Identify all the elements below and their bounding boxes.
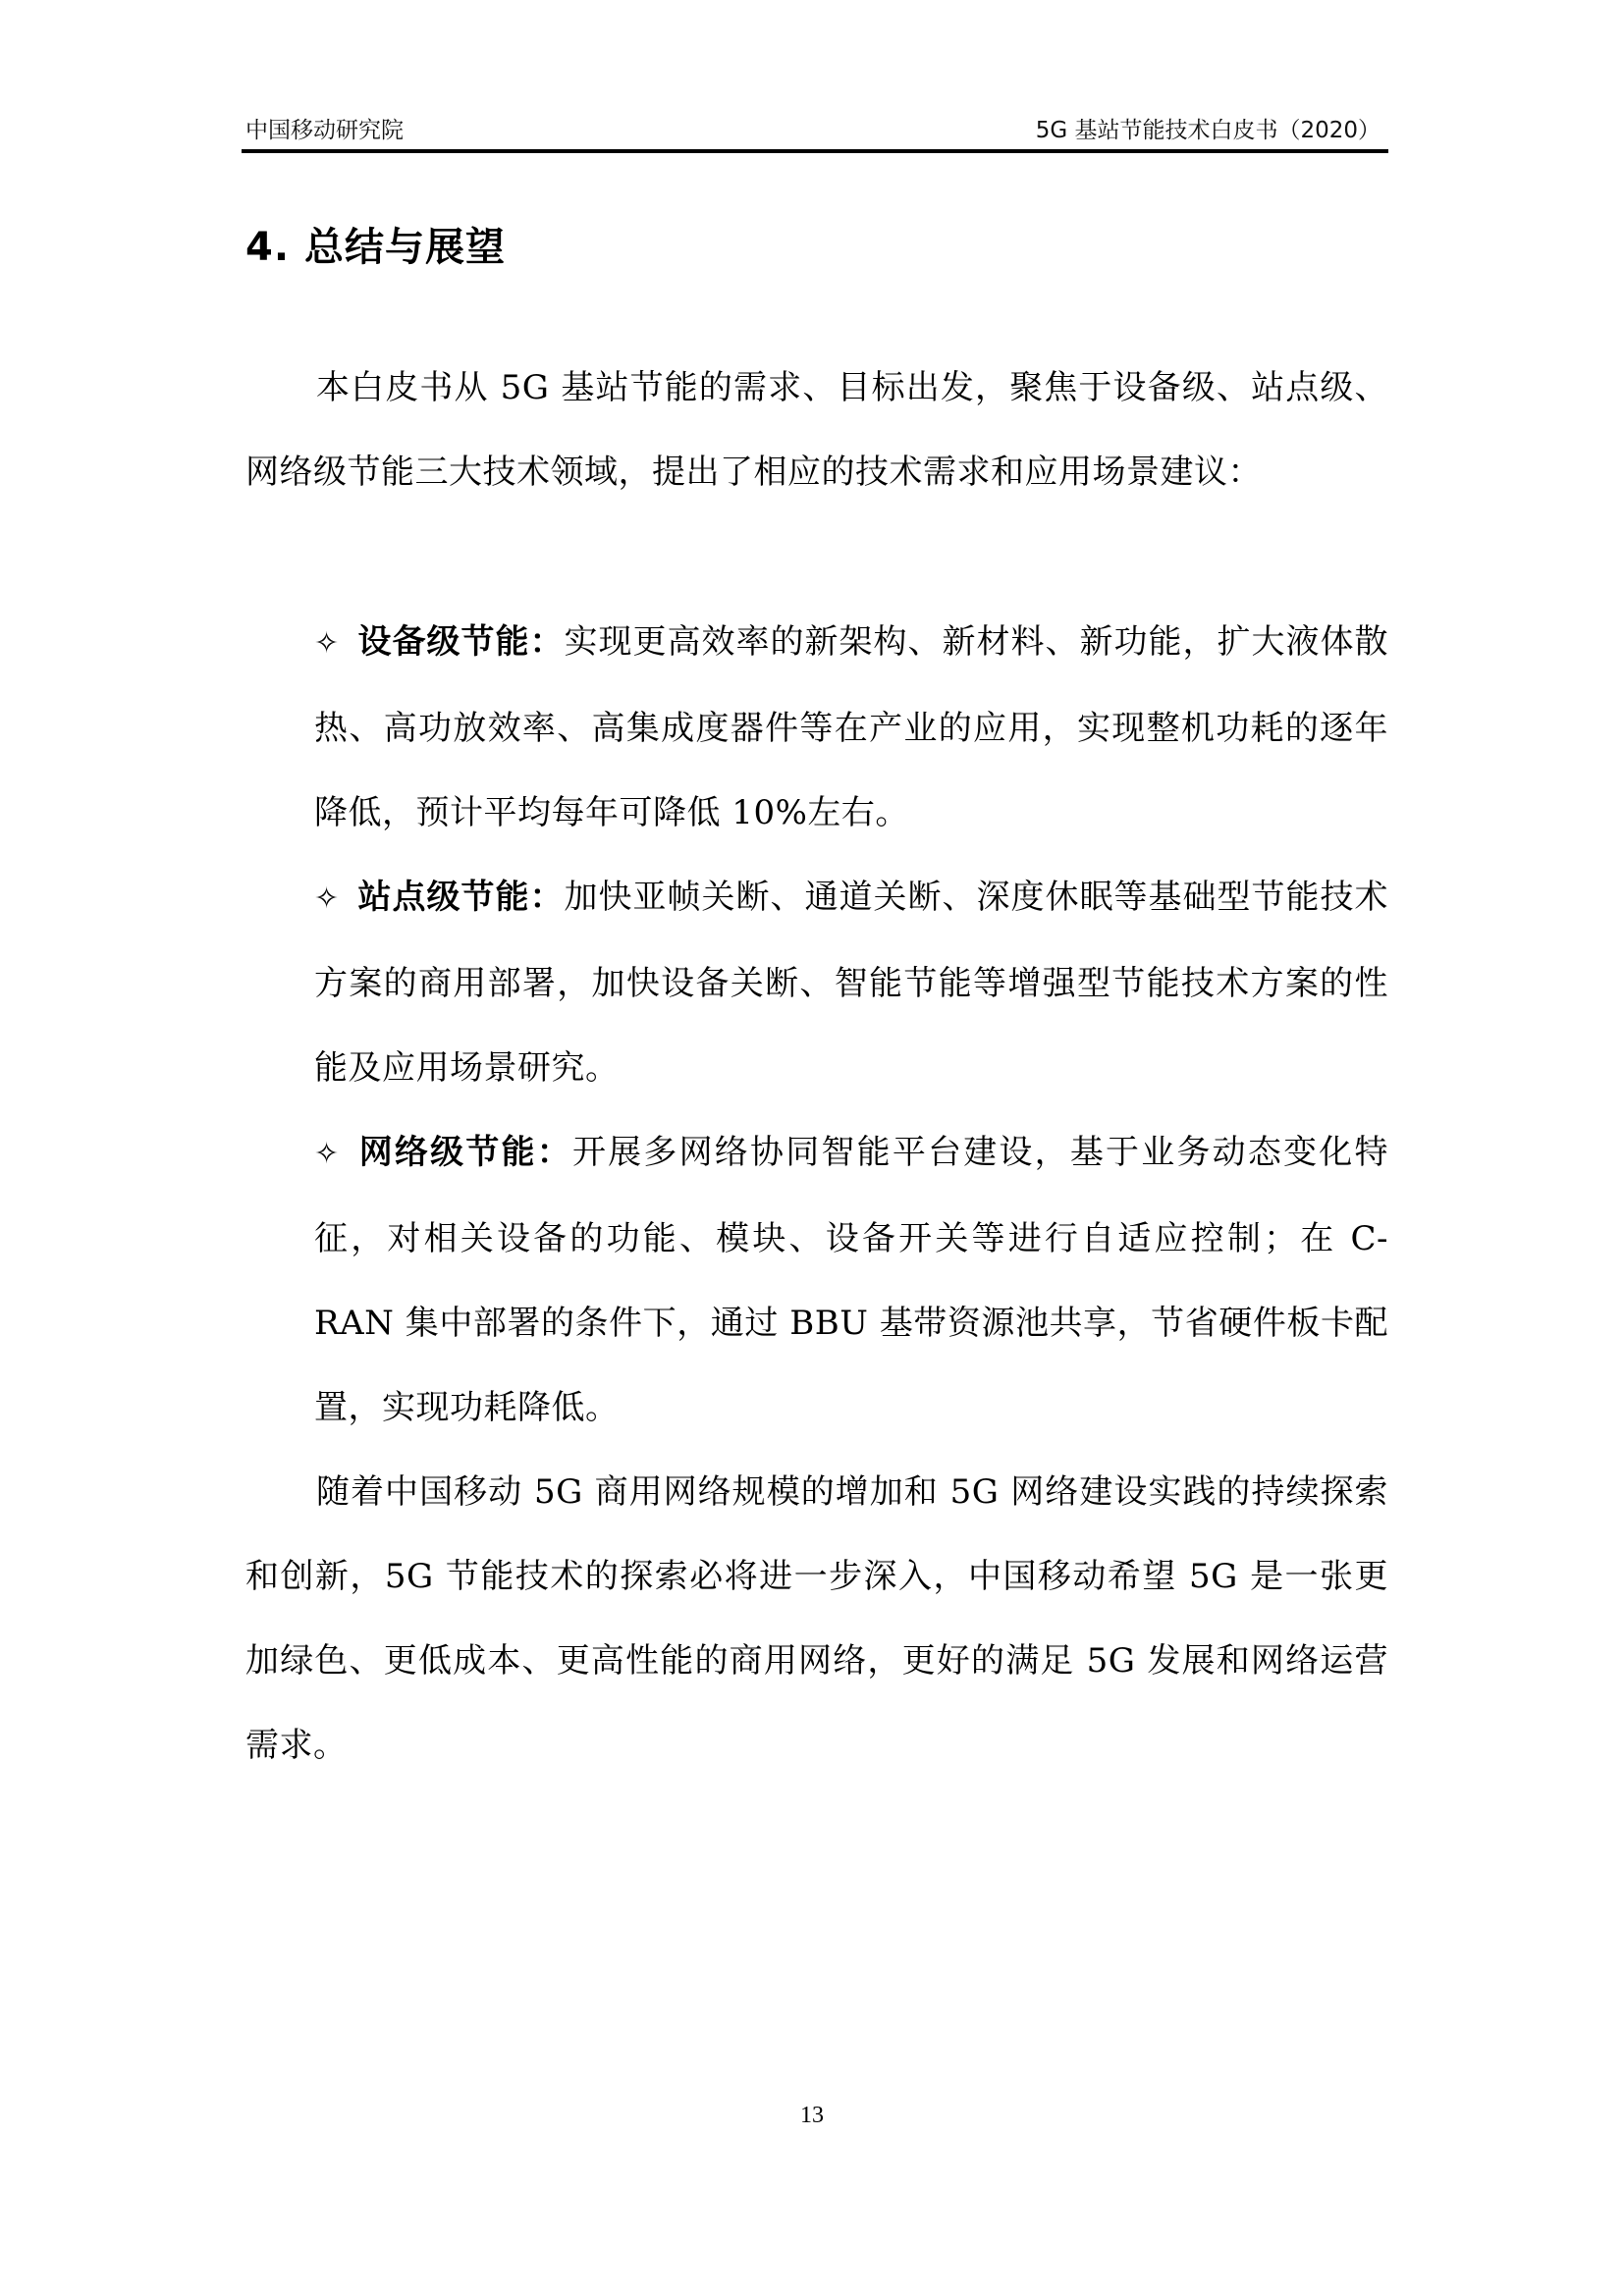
- section-heading: 4. 总结与展望: [245, 222, 506, 273]
- page-header: 中国移动研究院 5G 基站节能技术白皮书（2020）: [242, 114, 1388, 151]
- intro-paragraph: 本白皮书从 5G 基站节能的需求、目标出发，聚焦于设备级、站点级、网络级节能三大…: [245, 346, 1388, 514]
- bullet-term: 站点级节能：: [357, 878, 565, 917]
- energy-saving-list: ✧设备级节能：实现更高效率的新架构、新材料、新功能，扩大液体散热、高功放效率、高…: [314, 600, 1388, 1450]
- header-organization: 中国移动研究院: [245, 116, 404, 145]
- outro-paragraph: 随着中国移动 5G 商用网络规模的增加和 5G 网络建设实践的持续探索和创新，5…: [245, 1450, 1388, 1788]
- header-document-title: 5G 基站节能技术白皮书（2020）: [1036, 116, 1380, 145]
- list-item-device-level: ✧设备级节能：实现更高效率的新架构、新材料、新功能，扩大液体散热、高功放效率、高…: [314, 600, 1388, 855]
- bullet-term: 设备级节能：: [357, 622, 565, 662]
- bullet-text: 开展多网络协同智能平台建设，基于业务动态变化特征，对相关设备的功能、模块、设备开…: [314, 1133, 1388, 1427]
- page-number: 13: [0, 2103, 1624, 2129]
- diamond-star-icon: ✧: [314, 602, 348, 686]
- bullet-term: 网络级节能：: [357, 1133, 572, 1172]
- diamond-star-icon: ✧: [314, 857, 348, 941]
- header-divider: [242, 149, 1388, 153]
- list-item-network-level: ✧网络级节能：开展多网络协同智能平台建设，基于业务动态变化特征，对相关设备的功能…: [314, 1110, 1388, 1450]
- list-item-site-level: ✧站点级节能：加快亚帧关断、通道关断、深度休眠等基础型节能技术方案的商用部署，加…: [314, 855, 1388, 1110]
- diamond-star-icon: ✧: [314, 1112, 348, 1197]
